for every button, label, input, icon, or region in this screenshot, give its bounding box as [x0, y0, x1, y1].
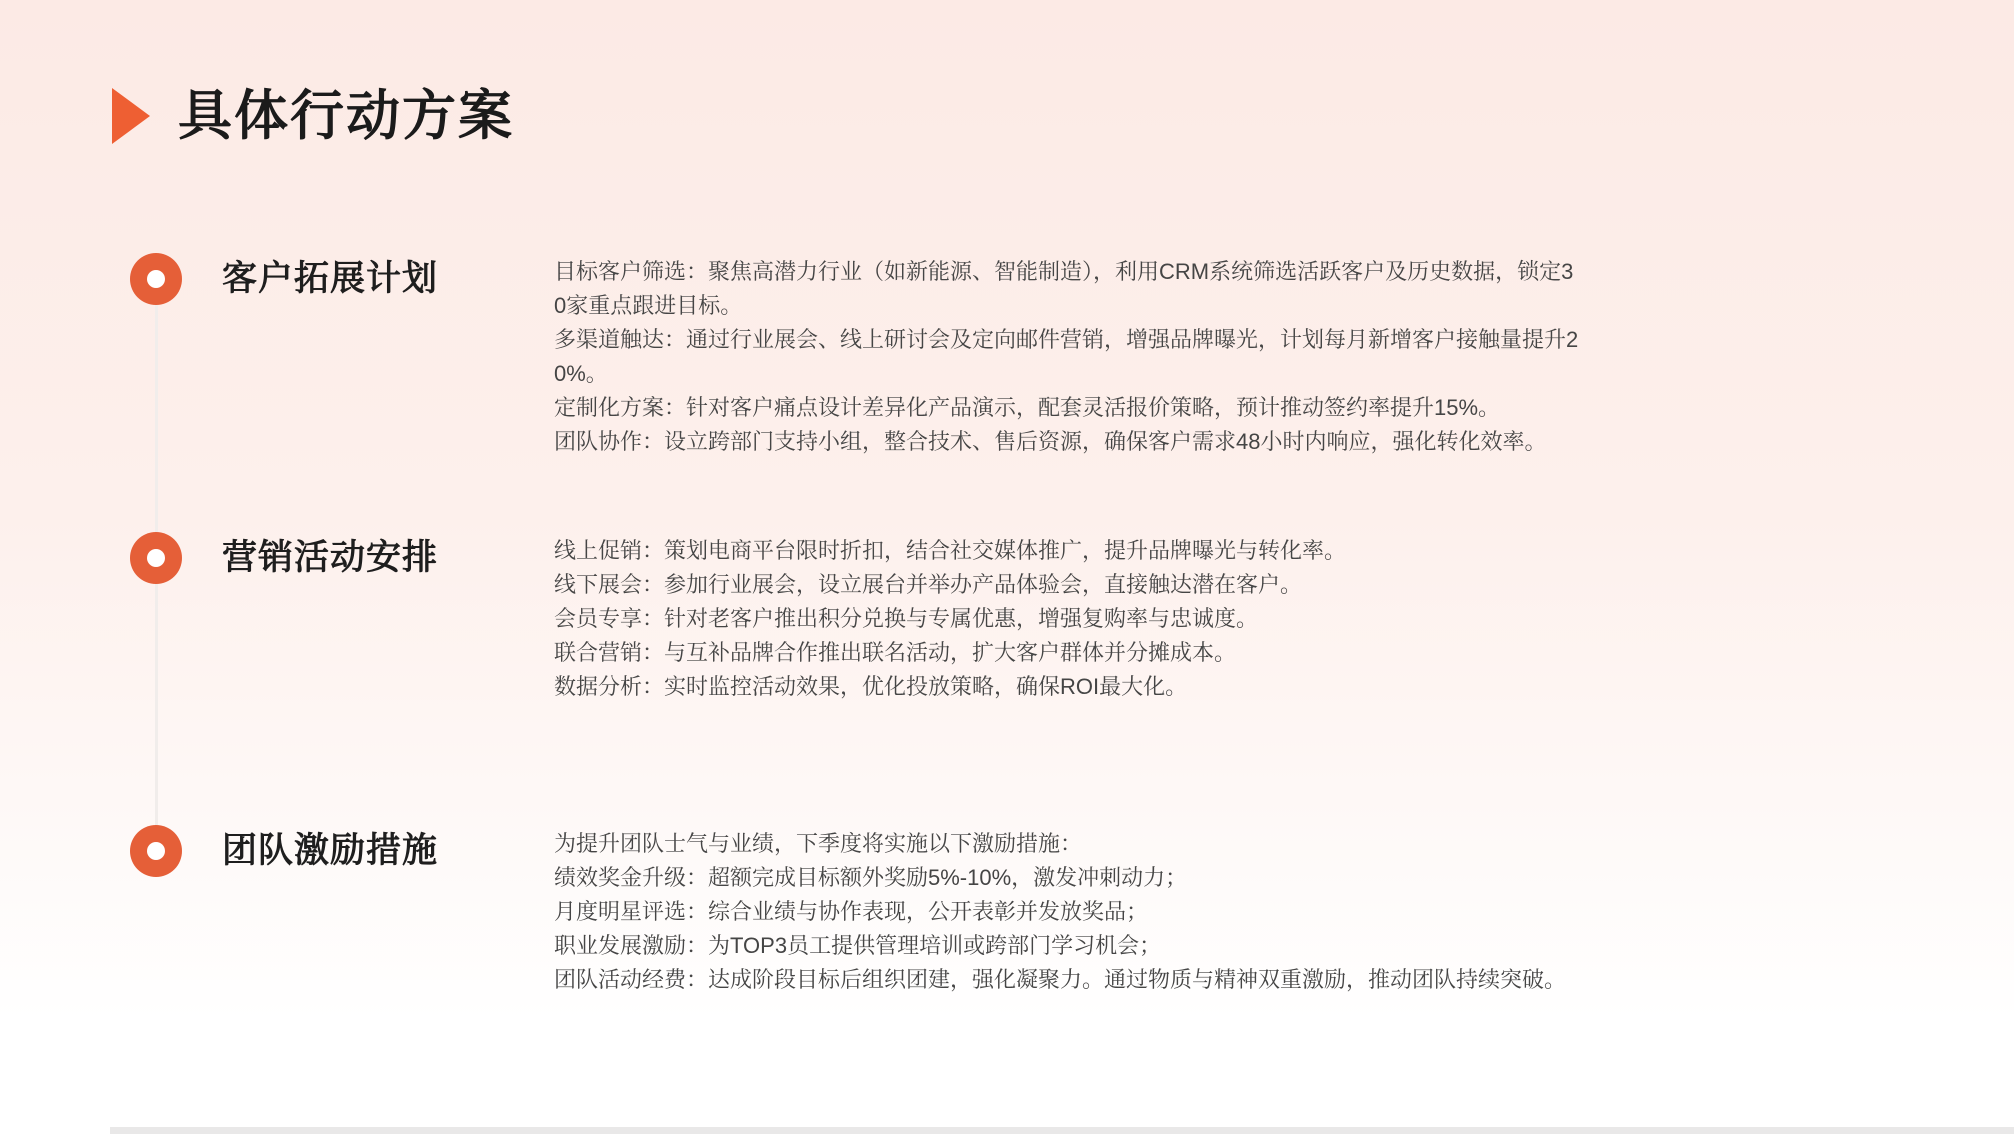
bottom-scrollbar-track[interactable] [110, 1127, 2014, 1134]
timeline-dot-icon [130, 825, 182, 877]
slide-header: 具体行动方案 [112, 83, 514, 149]
slide: 具体行动方案 客户拓展计划 目标客户筛选：聚焦高潜力行业（如新能源、智能制造），… [0, 0, 2014, 1134]
page-title: 具体行动方案 [178, 83, 514, 149]
section-title-team-incentives: 团队激励措施 [222, 830, 438, 872]
timeline-dot-icon [130, 532, 182, 584]
section-body-marketing-activities: 线上促销：策划电商平台限时折扣，结合社交媒体推广，提升品牌曝光与转化率。 线下展… [554, 534, 1580, 704]
triangle-bullet-icon [112, 88, 150, 144]
section-title-customer-expansion: 客户拓展计划 [222, 258, 438, 300]
section-body-team-incentives: 为提升团队士气与业绩，下季度将实施以下激励措施： 绩效奖金升级：超额完成目标额外… [554, 827, 1580, 997]
timeline-dot-icon [130, 253, 182, 305]
section-body-customer-expansion: 目标客户筛选：聚焦高潜力行业（如新能源、智能制造），利用CRM系统筛选活跃客户及… [554, 255, 1580, 459]
section-title-marketing-activities: 营销活动安排 [222, 537, 438, 579]
